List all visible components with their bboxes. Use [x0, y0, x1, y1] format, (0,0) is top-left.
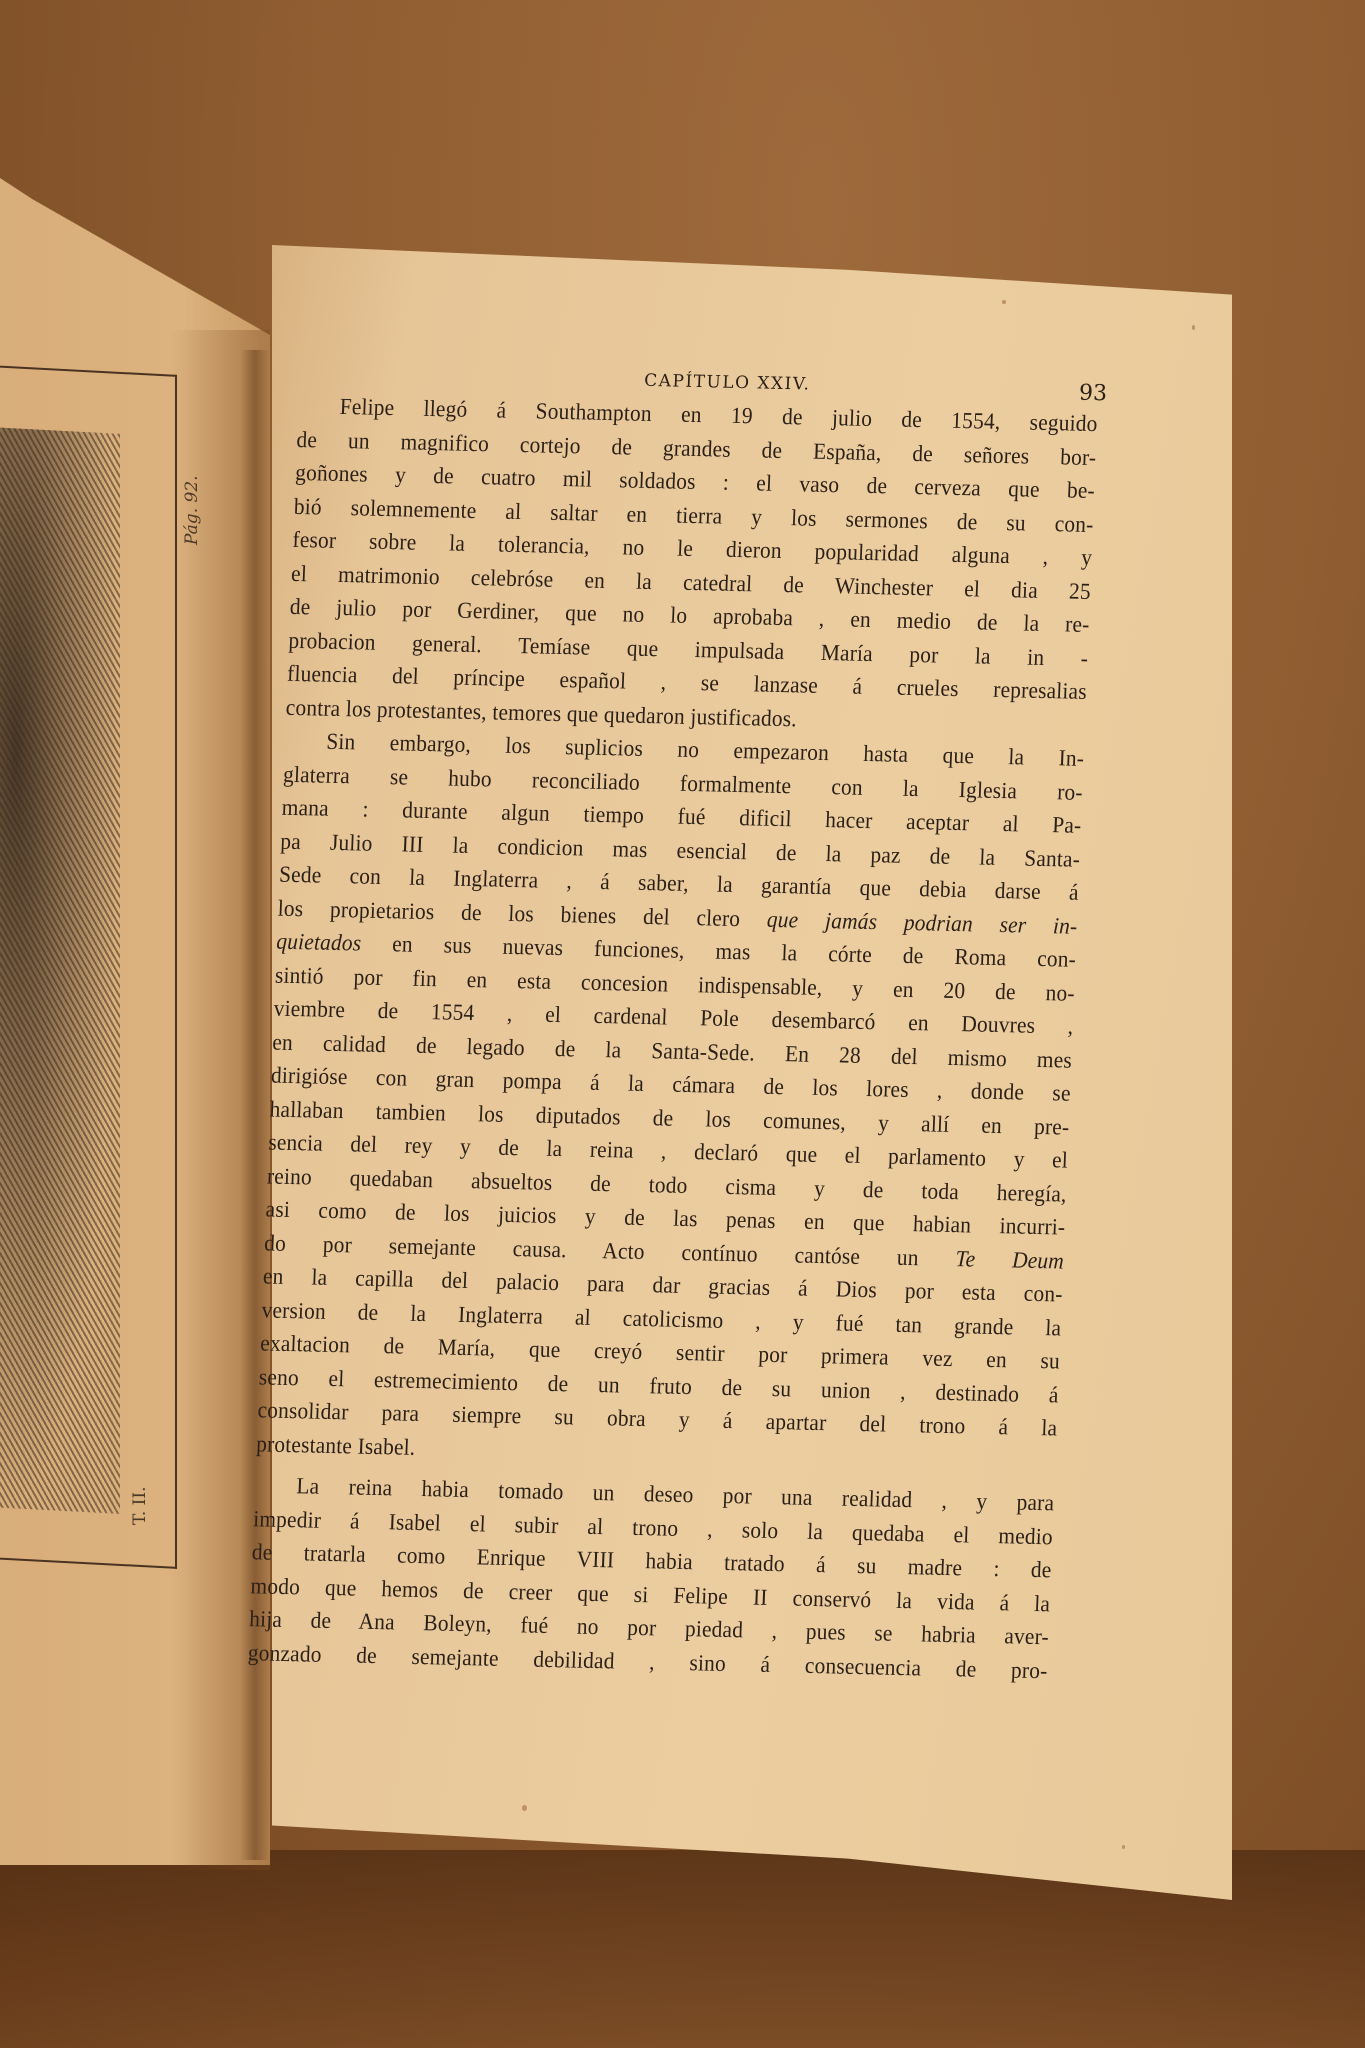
italic-phrase: que jamás podrian ser in- — [740, 906, 1078, 939]
chapter-heading: CAPÍTULO XXIV. — [644, 371, 811, 395]
paper-speck — [1002, 300, 1006, 304]
engraving-frame — [0, 365, 177, 1569]
paragraph-1: Felipe llegó á Southampton en 19 de juli… — [285, 389, 1098, 742]
paragraph-2: Sin embargo, los suplicios no empezaron … — [256, 724, 1085, 1479]
paper-speck — [522, 1805, 527, 1811]
paragraph-3: La reina habia tomado un deseo por una r… — [247, 1468, 1055, 1687]
page-body: CAPÍTULO XXIV. 93 Felipe llegó á Southam… — [247, 355, 1100, 1687]
page-number: 93 — [1078, 381, 1107, 407]
plate-caption-volume: T. II. — [130, 1487, 150, 1525]
italic-phrase: Te Deum — [918, 1245, 1064, 1273]
engraved-portrait-illustration — [0, 427, 120, 1514]
paper-speck — [1122, 1845, 1125, 1849]
paper-speck — [1192, 325, 1195, 330]
italic-phrase: quietados — [276, 929, 362, 956]
